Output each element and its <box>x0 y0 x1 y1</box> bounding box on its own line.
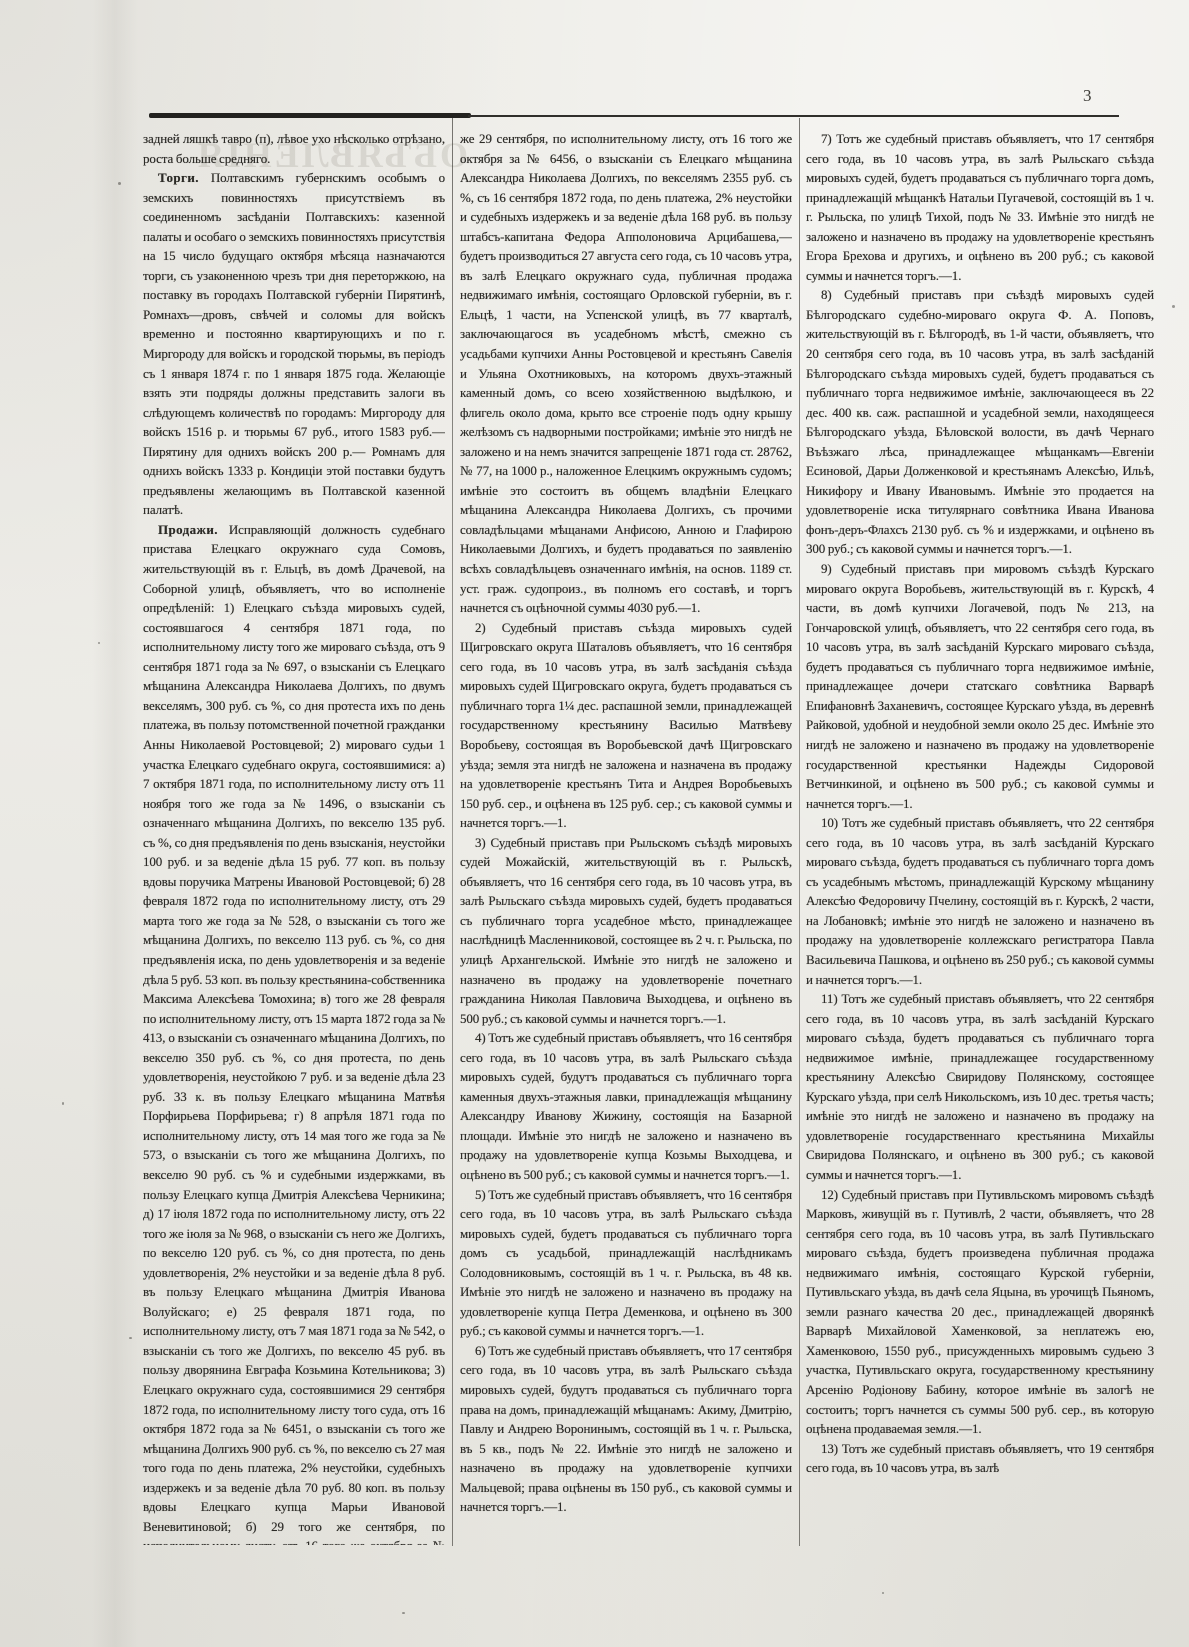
newspaper-page: ОБЪЯВЛЕНІЯ 3 задней ляшкѣ тавро (п), лѣв… <box>0 0 1189 1647</box>
column-1: задней ляшкѣ тавро (п), лѣвое ухо нѣскол… <box>143 129 445 1545</box>
notice-item-4: 4) Тотъ же судебный приставъ объявляетъ,… <box>460 1028 792 1184</box>
ink-speck <box>118 182 121 185</box>
notice-item-2: 2) Судебный приставъ съѣзда мировыхъ суд… <box>460 618 792 833</box>
notice-item-8: 8) Судебный приставъ при съѣздѣ мировыхъ… <box>806 285 1154 559</box>
notice-item-11: 11) Тотъ же судебный приставъ объявляетъ… <box>806 989 1154 1184</box>
paragraph-torgi: Торги. Полтавскимъ губернскимъ особымъ о… <box>143 168 445 520</box>
column-divider-2 <box>799 118 800 1546</box>
column-3: 7) Тотъ же судебный приставъ объявляетъ,… <box>806 129 1154 1545</box>
notice-item-6: 6) Тотъ же судебный приставъ объявляетъ,… <box>460 1341 792 1517</box>
notice-item-13: 13) Тотъ же судебный приставъ объявляетъ… <box>806 1439 1154 1478</box>
paragraph-continuation: задней ляшкѣ тавро (п), лѣвое ухо нѣскол… <box>143 129 445 168</box>
notice-item-3: 3) Судебный приставъ при Рыльскомъ съѣзд… <box>460 833 792 1028</box>
ink-speck <box>882 1592 884 1594</box>
paragraph-continuation: же 29 сентября, по исполнительному листу… <box>460 129 792 618</box>
column-2: же 29 сентября, по исполнительному листу… <box>460 129 792 1545</box>
section-lead-prodazhi: Продажи. <box>158 522 218 537</box>
paragraph-prodazhi: Продажи. Исправляющій должность судебнаг… <box>143 520 445 1545</box>
header-rule-right <box>468 115 1119 117</box>
notice-item-10: 10) Тотъ же судебный приставъ объявляетъ… <box>806 813 1154 989</box>
ink-speck <box>402 1612 405 1614</box>
ink-speck <box>98 642 100 644</box>
scan-gutter-shadow <box>92 0 138 1647</box>
ink-speck <box>129 1337 132 1339</box>
column-divider-1 <box>452 118 453 1546</box>
notice-item-9: 9) Судебный приставъ при мировомъ съѣздѣ… <box>806 559 1154 813</box>
page-number: 3 <box>1083 86 1093 106</box>
notice-item-5: 5) Тотъ же судебный приставъ объявляетъ,… <box>460 1185 792 1341</box>
notice-item-7: 7) Тотъ же судебный приставъ объявляетъ,… <box>806 129 1154 285</box>
ink-speck <box>1172 305 1175 308</box>
header-rule-left <box>149 113 471 118</box>
ink-speck <box>62 1102 64 1105</box>
section-lead-torgi: Торги. <box>158 170 199 185</box>
notice-item-12: 12) Судебный приставъ при Путивльскомъ м… <box>806 1185 1154 1439</box>
